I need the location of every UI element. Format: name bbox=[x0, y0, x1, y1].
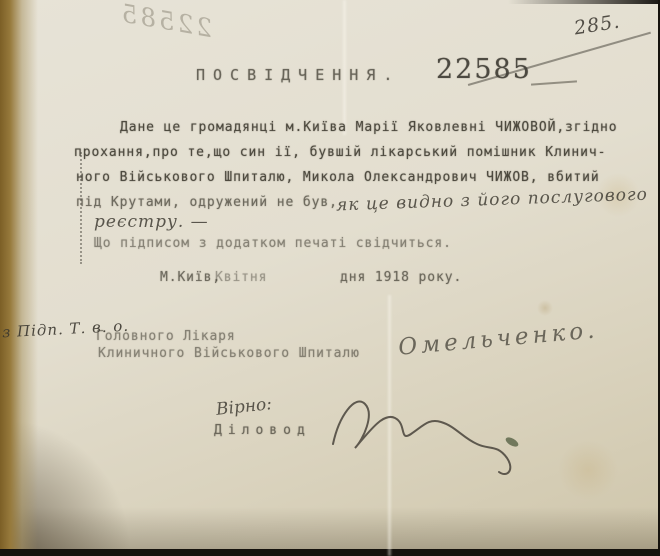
body-line: Що підписом з додатком печаті свідчиться… bbox=[94, 236, 452, 251]
archive-page-number: 285. bbox=[573, 11, 622, 40]
paper-crease bbox=[343, 0, 346, 135]
dateline-year: дня 1918 року. bbox=[340, 270, 462, 285]
signer-title: Головного Лікаря bbox=[96, 329, 236, 344]
body-line: ного Військового Шпиталю, Микола Олексан… bbox=[76, 170, 600, 185]
dateline-month: Квітня bbox=[215, 270, 267, 285]
document-title: ПОСВІДЧЕННЯ. bbox=[196, 66, 400, 84]
dateline-city: М.Київ, bbox=[160, 270, 221, 285]
document-photo: 22585 285. ПОСВІДЧЕННЯ. 22585 Дане це гр… bbox=[0, 0, 660, 556]
handwritten-insertion: реєстру. — bbox=[94, 212, 209, 232]
body-line: під Крутами, одружений не був, bbox=[76, 195, 338, 210]
chief-doctor-signature: Омельченко. bbox=[397, 317, 599, 360]
registry-number: 22585 bbox=[436, 54, 532, 85]
bleedthrough-number: 22585 bbox=[116, 0, 214, 43]
body-line: прохання,про те,що син ії, бувшій лікарс… bbox=[74, 145, 606, 160]
signer-title: Клиничного Військового Шпиталю bbox=[98, 346, 360, 361]
clerk-signature-flourish bbox=[325, 382, 540, 482]
certified-label: Вірно: bbox=[215, 394, 273, 420]
handwritten-insertion: як це видно з його послугового bbox=[336, 185, 648, 216]
photo-edge-shadow bbox=[508, 0, 658, 4]
clerk-title: Діловод bbox=[214, 423, 311, 438]
body-line: Дане це громадянці м.Київа Марії Яковлев… bbox=[120, 120, 617, 135]
document-paper: 22585 285. ПОСВІДЧЕННЯ. 22585 Дане це гр… bbox=[0, 0, 658, 549]
dash-stroke bbox=[531, 80, 577, 85]
